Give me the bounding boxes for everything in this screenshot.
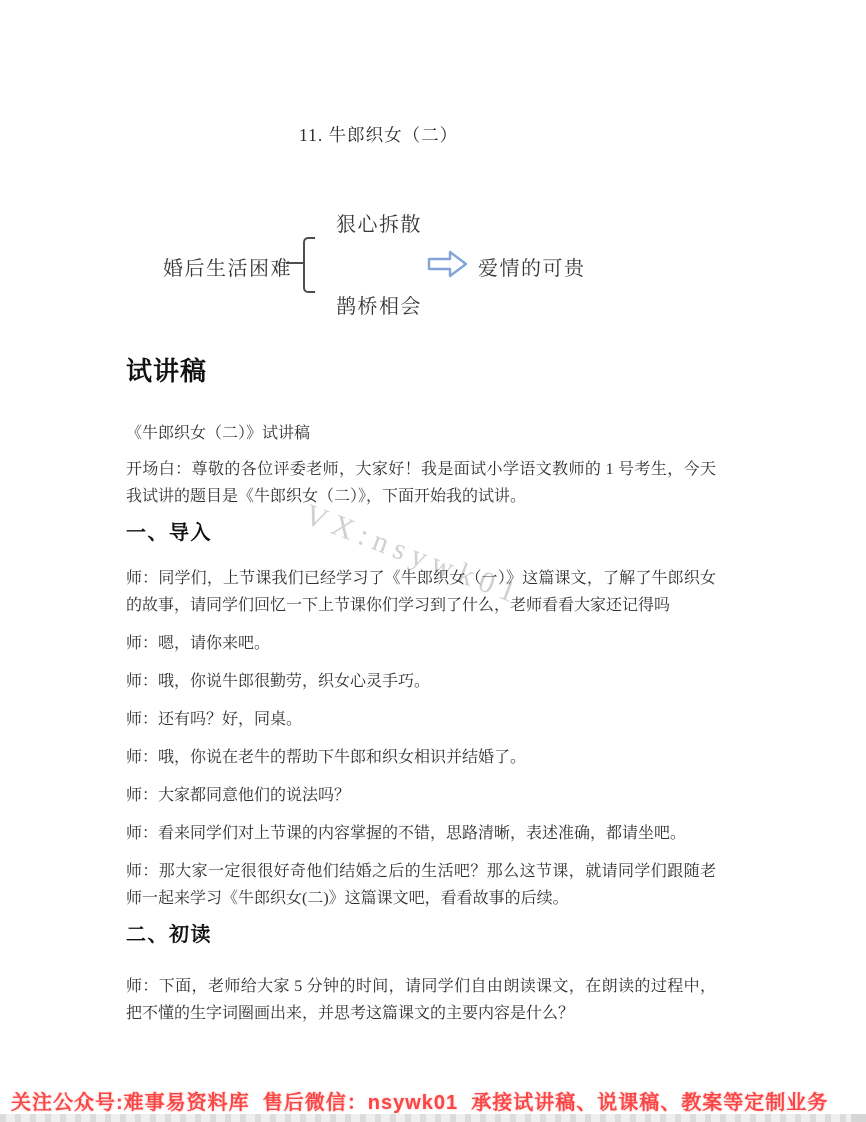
- teacher-line: 师：下面，老师给大家 5 分钟的时间，请同学们自由朗读课文，在朗读的过程中，把不…: [126, 973, 716, 1027]
- lesson-title: 11. 牛郎织女（二）: [299, 122, 458, 147]
- teacher-line: 师：同学们，上节课我们已经学习了《牛郎织女（一）》这篇课文，了解了牛郎织女的故事…: [126, 565, 716, 619]
- section-title-shijianggao: 试讲稿: [126, 356, 716, 386]
- teacher-line: 师：哦，你说牛郎很勤劳，织女心灵手巧。: [126, 668, 716, 695]
- heading-chudu: 二、初读: [126, 923, 716, 947]
- brace-bracket: [303, 237, 315, 293]
- diagram-top-branch-label: 狠心拆散: [336, 208, 422, 237]
- diagram-left-label: 婚后生活困难: [163, 252, 292, 281]
- teacher-line: 师：那大家一定很很好奇他们结婚之后的生活吧？那么这节课，就请同学们跟随老师一起来…: [126, 858, 716, 912]
- diagram-bottom-branch-label: 鹊桥相会: [336, 290, 422, 319]
- bottom-edge-strip: [0, 1114, 866, 1122]
- teacher-line: 师：大家都同意他们的说法吗？: [126, 782, 716, 809]
- right-arrow-icon: [427, 248, 469, 280]
- script-subtitle: 《牛郎织女（二）》试讲稿: [126, 420, 716, 447]
- document-page: 11. 牛郎织女（二） 婚后生活困难 狠心拆散 鹊桥相会 爱情的可贵 VX:ns…: [0, 0, 866, 1122]
- heading-daoru: 一、导入: [126, 521, 716, 545]
- diagram-result-label: 爱情的可贵: [478, 252, 586, 281]
- brace-connector-line: [286, 262, 304, 264]
- teacher-line: 师：嗯，请你来吧。: [126, 630, 716, 657]
- document-body: 试讲稿 《牛郎织女（二）》试讲稿 开场白：尊敬的各位评委老师，大家好！我是面试小…: [126, 356, 716, 1038]
- teacher-line: 师：看来同学们对上节课的内容掌握的不错，思路清晰，表述准确，都请坐吧。: [126, 820, 716, 847]
- opening-paragraph: 开场白：尊敬的各位评委老师，大家好！我是面试小学语文教师的 1 号考生，今天我试…: [126, 456, 716, 510]
- promo-footer: 关注公众号:难事易资料库 售后微信：nsywk01 承接试讲稿、说课稿、教案等定…: [0, 1086, 866, 1112]
- bottom-edge-corner: [851, 1114, 866, 1122]
- teacher-line: 师：哦，你说在老牛的帮助下牛郎和织女相识并结婚了。: [126, 744, 716, 771]
- teacher-line: 师：还有吗？好，同桌。: [126, 706, 716, 733]
